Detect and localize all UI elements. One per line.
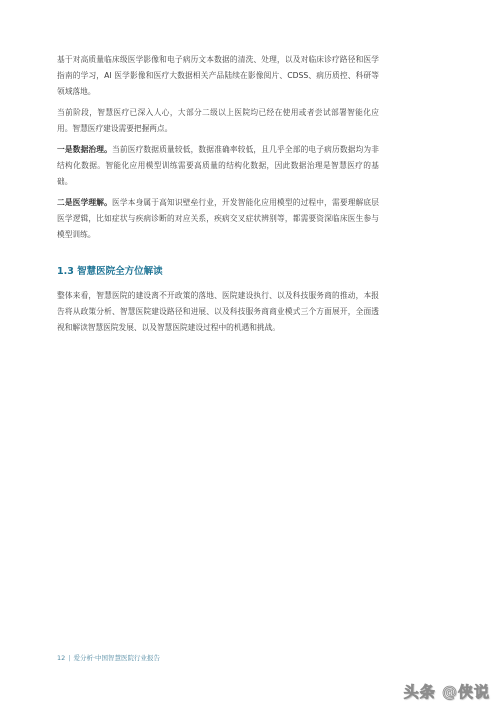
watermark: 头条 @侠说 — [404, 681, 490, 702]
page-content: 基于对高质量临床级医学影像和电子病历文本数据的清洗、处理，以及对临床诊疗路径和医… — [57, 52, 379, 341]
paragraph-1: 基于对高质量临床级医学影像和电子病历文本数据的清洗、处理，以及对临床诊疗路径和医… — [57, 52, 379, 100]
page-number: 12 — [57, 654, 65, 662]
section-paragraph: 整体来看，智慧医院的建设离不开政策的落地、医院建设执行、以及科技服务商的推动，本… — [57, 288, 379, 336]
footer-separator: | — [68, 654, 70, 662]
paragraph-3-lead: 一是数据治理。 — [57, 145, 112, 154]
paragraph-4-lead: 二是医学理解。 — [57, 198, 112, 207]
paragraph-2: 当前阶段，智慧医疗已深入人心，大部分二级以上医院均已经在使用或者尝试部署智能化应… — [57, 105, 379, 137]
report-page: 基于对高质量临床级医学影像和电子病历文本数据的清洗、处理，以及对临床诊疗路径和医… — [0, 0, 499, 707]
footer-report-title: 爱分析·中国智慧医院行业报告 — [73, 654, 160, 662]
paragraph-4: 二是医学理解。医学本身属于高知识壁垒行业，开发智能化应用模型的过程中，需要理解底… — [57, 195, 379, 243]
paragraph-3: 一是数据治理。当前医疗数据质量较低，数据准确率较低，且几乎全部的电子病历数据均为… — [57, 142, 379, 190]
page-footer: 12|爱分析·中国智慧医院行业报告 — [57, 653, 160, 663]
section-heading: 1.3 智慧医院全方位解读 — [57, 265, 379, 278]
